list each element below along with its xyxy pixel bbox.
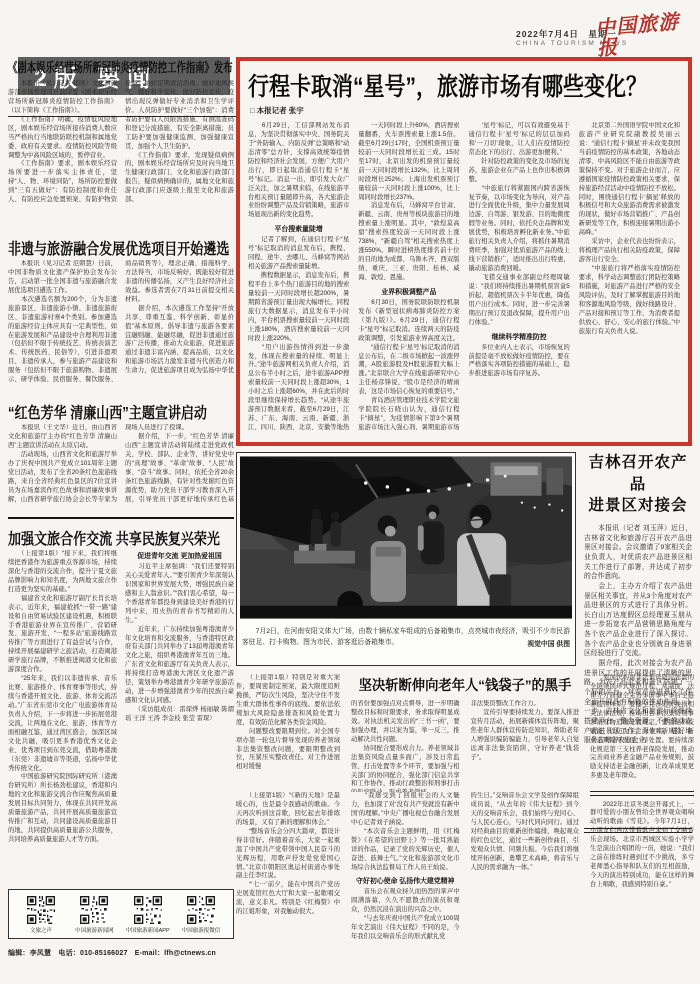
photo-caption: 7月2日，在河南安阳文体大广场，由数十辆私家车组成的后备箱集市，点亮城市夜经济，… <box>242 627 570 648</box>
qr-code-icon <box>27 896 55 924</box>
article-paragraphs: 习近平主席强调：“我们还要特别关心关爱青年人。”“要引领青少年深刻认识国家和世界… <box>125 563 234 724</box>
main-subhead-1: 平台搜索量陡增 <box>248 223 349 233</box>
main-article-redbox: 行程卡取消“星号”，旅游市场有哪些变化？ □ 本报记者 张宇 6月29日，工信部… <box>236 57 692 446</box>
concert-article-text: 2022年北京冬奥会开幕式上，一群可爱的小朋友曾给全世界观众唱响动听的歌曲《雪花… <box>590 801 694 949</box>
elder-article-text: 非法集资整改工作合力。 宣传引导要持续发力。要深入推进宣传月活动，拓展新媒体宣传… <box>471 700 580 792</box>
paragraph: ‘星号’标记，可以有效避免基于通信行程卡‘星号’标记的层层加码和‘一刀切’现象，… <box>469 122 570 328</box>
elder-article-text: 要加快构建非法集资防范处置的全链条闭环式规范过程，从制度、法律等方面健全完善事前… <box>590 674 694 786</box>
qr-label: 中国旅游新闻网 <box>68 926 120 934</box>
main-byline: □ 本报记者 张宇 <box>250 105 680 116</box>
main-column-4: 北京第二外国语学院中国文化和旅游产业研究院副教授吴丽云说：“通信行程卡‘摘星’并… <box>579 122 680 430</box>
newspaper-logo: 中国旅游报 <box>594 10 697 59</box>
paragraph: 北京第二外国语学院中国文化和旅游产业研究院副教授吴丽云说：“通信行程卡‘摘星’并… <box>579 122 680 430</box>
paragraph: 记者了解到，在通信行程卡“星号”标记取消的消息发布后，携程、同程、途牛、去哪儿、… <box>248 236 349 430</box>
article-title: “红色芳华 清廉山西”主题宣讲启动 <box>8 401 234 419</box>
main-column-2: 一天同时段上升60%，酒店搜索量翻番，火车票搜索量上涨1.5倍。截至6月29日1… <box>358 122 459 430</box>
paragraph: 6月30日，国务院联防联控机制发布《新型冠状病毒肺炎防控方案（第九版）》。6月2… <box>358 299 459 430</box>
article-body: 本报讯（见习记者 徐晓）文化和旅游部市场管理司日前印发《剧本娱乐经营场所新冠肺炎… <box>8 80 234 228</box>
main-headline: 行程卡取消“星号”，旅游市场有哪些变化？ <box>248 67 680 103</box>
elder-article-text: （上接第1版）特别是对重大案件，要周密制定预案，最大限度追赃挽损，严防次生风险，… <box>236 674 340 792</box>
qr-label: 中国旅游新闻APP <box>122 926 174 934</box>
qr-label: 中国旅游报微信 <box>175 926 227 934</box>
paragraph: 一天同时段上升60%，酒店搜索量翻番，火车票搜索量上涨1.5倍。截至6月29日1… <box>358 122 459 283</box>
elder-article-headline: 坚决斩断伸向老年人“钱袋子”的黑手 <box>351 675 579 695</box>
article-hongkong: 加强文旅合作交流 共享民族复兴荣光 （上接第1版）“接下来，我们将继续把香港作为… <box>8 527 234 880</box>
qr-item: 中国旅游新闻网 <box>68 896 120 934</box>
article-body: 本报讯（见习记者 范朝慧）日前，中国非物质文化遗产保护协会发布公告，启动第一批全… <box>8 260 234 392</box>
main-subhead-2: 业界积极调整产品 <box>358 286 459 296</box>
article-body: 本报讯（王文华）近日，由山西省文化和旅游厅主办的“红色芳华 清廉山西”主题宣讲活… <box>8 424 234 508</box>
qr-code-icon <box>134 896 162 924</box>
paragraph: 6月29日，工信部网站发布消息，为坚决贯彻落实中央、国务院关于“外防输入、内防反… <box>248 122 349 220</box>
qr-code-icon <box>187 896 215 924</box>
photo-credit: 视觉中国 供图 <box>527 638 570 648</box>
article-guideline: 《剧本娱乐经营场所新冠肺炎疫情防控工作指南》发布 本报讯（见习记者 徐晓）文化和… <box>8 57 234 228</box>
concert-article-text: （上接第1版）“《新的天地》是最暖心的，也是最令我感动的歌曲。今天再次听到这首歌… <box>236 792 340 948</box>
elder-article-row: 的省份要加强点对点督导，进一步明确整改目标和时限要求，务求取得明显成效。对执法机… <box>351 700 579 792</box>
article-paragraphs: （上接第1版）“接下来，我们将继续把香港作为旅游重点客源市场，持续深化与香港的交… <box>8 550 117 845</box>
photo-caption-area: 7月2日，在河南安阳文体大广场，由数十辆私家车组成的后备箱集市，点亮城市夜经济，… <box>240 627 572 648</box>
article-body: （上接第1版）“接下来，我们将继续把香港作为旅游重点客源市场，持续深化与香港的交… <box>8 550 234 880</box>
concert-article-text: “我感受到了回报社会的人文魅力，也加深了对‘没有共产党就没有新中国’的理解。”中… <box>351 792 460 872</box>
qr-code-icon <box>80 896 108 924</box>
bottom-column-d: 要加快构建非法集资防范处置的全链条闭环式规范过程，从制度、法律等方面健全完善事前… <box>590 674 694 948</box>
bottom-middle: 坚决斩断伸向老年人“钱袋子”的黑手 的省份要加强点对点督导，进一步明确整改目标和… <box>351 674 579 948</box>
concert-article-text: 音乐会在观众持久而热烈的掌声中圆满落幕，久久不愿散去的演员和观众，仍然沉浸在演出… <box>351 888 460 948</box>
qr-item: 中国旅游新闻APP <box>122 896 174 934</box>
article-feiyi: 非遗与旅游融合发展优选项目开始遴选 本报讯（见习记者 范朝慧）日前，中国非物质文… <box>8 237 234 392</box>
main-column-3: ‘星号’标记，可以有效避免基于通信行程卡‘星号’标记的层层加码和‘一刀切’现象，… <box>469 122 570 430</box>
concert-subhead: 守好初心使命 弘扬伟大建党精神 <box>351 875 460 885</box>
article-subhead: 促进青年交流 更加热爱祖国 <box>125 550 234 560</box>
bottom-region: （上接第1版）特别是对重大案件，要周密制定预案，最大限度追赃挽损，严防次生风险，… <box>236 674 694 948</box>
title-line-2: 进景区对接会 <box>584 495 692 517</box>
section-divider <box>8 517 234 519</box>
article-title: 吉林召开农产品 进景区对接会 <box>584 452 692 517</box>
qr-label: 文旅之声 <box>15 926 67 934</box>
title-line-1: 吉林召开农产品 <box>584 452 692 495</box>
left-column: 《剧本娱乐经营场所新冠肺炎疫情防控工作指南》发布 本报讯（见习记者 徐晓）文化和… <box>8 57 234 958</box>
qr-item: 中国旅游报微信 <box>175 896 227 934</box>
article-title: 非遗与旅游融合发展优选项目开始遴选 <box>8 237 234 255</box>
double-rule-divider <box>590 791 694 796</box>
concert-column-b: “我感受到了回报社会的人文魅力，也加深了对‘没有共产党就没有新中国’的理解。”中… <box>351 792 460 948</box>
main-column-1: 6月29日，工信部网站发布消息，为坚决贯彻落实中央、国务院关于“外防输入、内防反… <box>248 122 349 430</box>
article-title: 加强文旅合作交流 共享民族复兴荣光 <box>8 527 234 545</box>
qr-item: 文旅之声 <box>15 896 67 934</box>
concert-article-row: “我感受到了回报社会的人文魅力，也加深了对‘没有共产党就没有新中国’的理解。”中… <box>351 792 579 948</box>
photo-block: 7月2日，在河南安阳文体大广场，由数十辆私家车组成的后备箱集市，点亮城市夜经济，… <box>236 452 576 666</box>
paragraph: 多位业内人士表示，市场恢复的前提是毫不放松做好疫情防控，要在严格落实各项防控措施… <box>469 344 570 430</box>
newspaper-page: 2版 要闻 2022年7月4日 星期一 CHINA TOURISM NEWS 中… <box>0 0 700 984</box>
article-title: 《剧本娱乐经营场所新冠肺炎疫情防控工作指南》发布 <box>8 57 234 75</box>
night-market-photo <box>240 456 572 619</box>
bottom-column-a: （上接第1版）特别是对重大案件，要周密制定预案，最大限度追赃挽损，严防次生风险，… <box>236 674 340 948</box>
qr-code-strip: 文旅之声 中国旅游新闻网 中国旅游新闻APP 中国旅游报微信 <box>8 889 234 939</box>
main-subhead-3: 继续科学精准防控 <box>469 331 570 341</box>
article-shanxi: “红色芳华 清廉山西”主题宣讲启动 本报讯（王文华）近日，由山西省文化和旅游厅主… <box>8 401 234 508</box>
main-article-columns: 6月29日，工信部网站发布消息，为坚决贯彻落实中央、国务院关于“外防输入、内防反… <box>248 122 680 430</box>
concert-article-text: 的生日。”交响音乐会文学及创作保障组成员说，“从去年的《伟大征程》到今天的交响音… <box>471 792 580 948</box>
editor-contact-line: 编辑：李凤慧 电话：010-85166027 E-mail：lfh@ctnews… <box>8 948 234 958</box>
elder-article-text: 的省份要加强点对点督导，进一步明确整改目标和时限要求，务求取得明显成效。对执法机… <box>351 700 460 792</box>
